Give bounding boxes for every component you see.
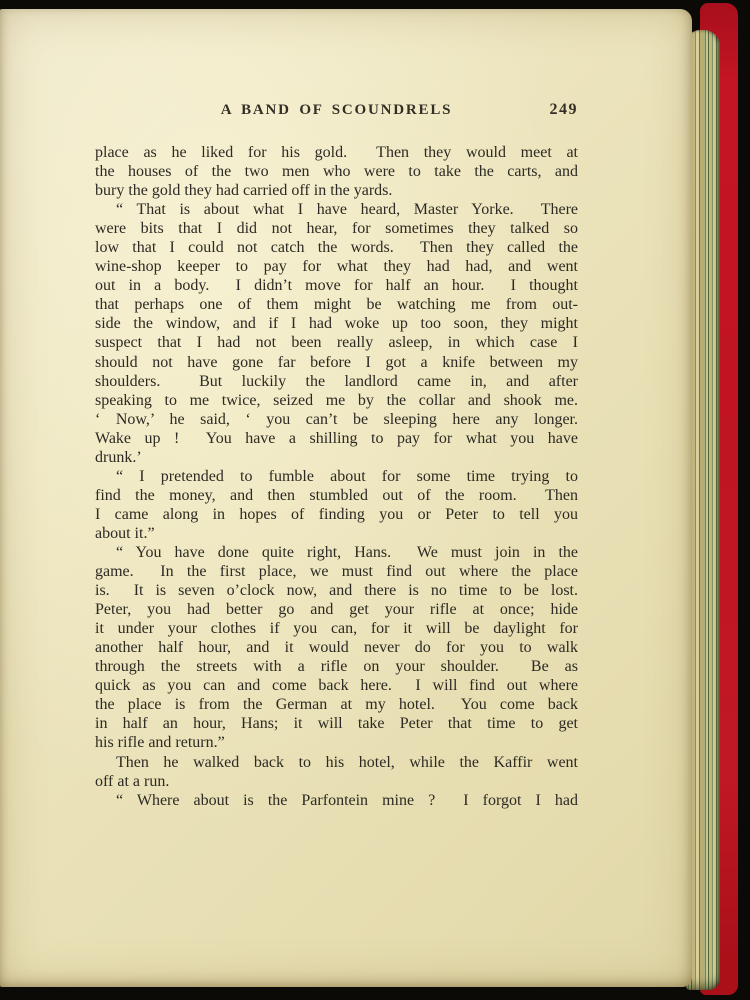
text-line: place as he liked for his gold. Then the… [95,143,578,162]
text-line: speaking to me twice, seized me by the c… [95,391,578,410]
book-page: A BAND OF SCOUNDRELS 249 place as he lik… [0,9,692,987]
text-line: it under your clothes if you can, for it… [95,619,578,638]
text-line: his rifle and return.” [95,733,578,752]
text-line: “ That is about what I have heard, Maste… [95,200,578,219]
text-line: side the window, and if I had woke up to… [95,314,578,333]
text-line: the houses of the two men who were to ta… [95,162,578,181]
text-line: wine-shop keeper to pay for what they ha… [95,257,578,276]
text-line: I came along in hopes of finding you or … [95,505,578,524]
text-line: off at a run. [95,772,578,791]
text-line: shoulders. But luckily the landlord came… [95,372,578,391]
text-line: about it.” [95,524,578,543]
text-line: bury the gold they had carried off in th… [95,181,578,200]
text-line: “ Where about is the Parfontein mine ? I… [95,791,578,810]
text-line: that perhaps one of them might be watchi… [95,295,578,314]
text-line: suspect that I had not been really aslee… [95,333,578,352]
text-line: “ You have done quite right, Hans. We mu… [95,543,578,562]
running-header-title: A BAND OF SCOUNDRELS [95,102,578,119]
book-photo: A BAND OF SCOUNDRELS 249 place as he lik… [0,0,750,1000]
paragraph: Then he walked back to his hotel, while … [95,753,578,791]
text-line: in half an hour, Hans; it will take Pete… [95,714,578,733]
text-line: through the streets with a rifle on your… [95,657,578,676]
paragraph: place as he liked for his gold. Then the… [95,143,578,200]
text-line: ‘ Now,’ he said, ‘ you can’t be sleeping… [95,410,578,429]
text-line: out in a body. I didn’t move for half an… [95,276,578,295]
page-number: 249 [550,101,579,119]
paragraph: “ You have done quite right, Hans. We mu… [95,543,578,753]
page-header: A BAND OF SCOUNDRELS 249 [95,102,578,124]
text-line: were bits that I did not hear, for somet… [95,219,578,238]
text-line: is. It is seven o’clock now, and there i… [95,581,578,600]
text-line: find the money, and then stumbled out of… [95,486,578,505]
text-line: drunk.’ [95,448,578,467]
text-line: the place is from the German at my hotel… [95,695,578,714]
page-text-block: place as he liked for his gold. Then the… [95,143,578,810]
text-line: should not have gone far before I got a … [95,353,578,372]
text-line: Peter, you had better go and get your ri… [95,600,578,619]
paragraph: “ That is about what I have heard, Maste… [95,200,578,467]
text-line: quick as you can and come back here. I w… [95,676,578,695]
text-line: “ I pretended to fumble about for some t… [95,467,578,486]
text-line: another half hour, and it would never do… [95,638,578,657]
paragraph: “ Where about is the Parfontein mine ? I… [95,791,578,810]
text-line: game. In the first place, we must find o… [95,562,578,581]
paragraph: “ I pretended to fumble about for some t… [95,467,578,543]
text-line: low that I could not catch the words. Th… [95,238,578,257]
text-line: Wake up ! You have a shilling to pay for… [95,429,578,448]
text-line: Then he walked back to his hotel, while … [95,753,578,772]
